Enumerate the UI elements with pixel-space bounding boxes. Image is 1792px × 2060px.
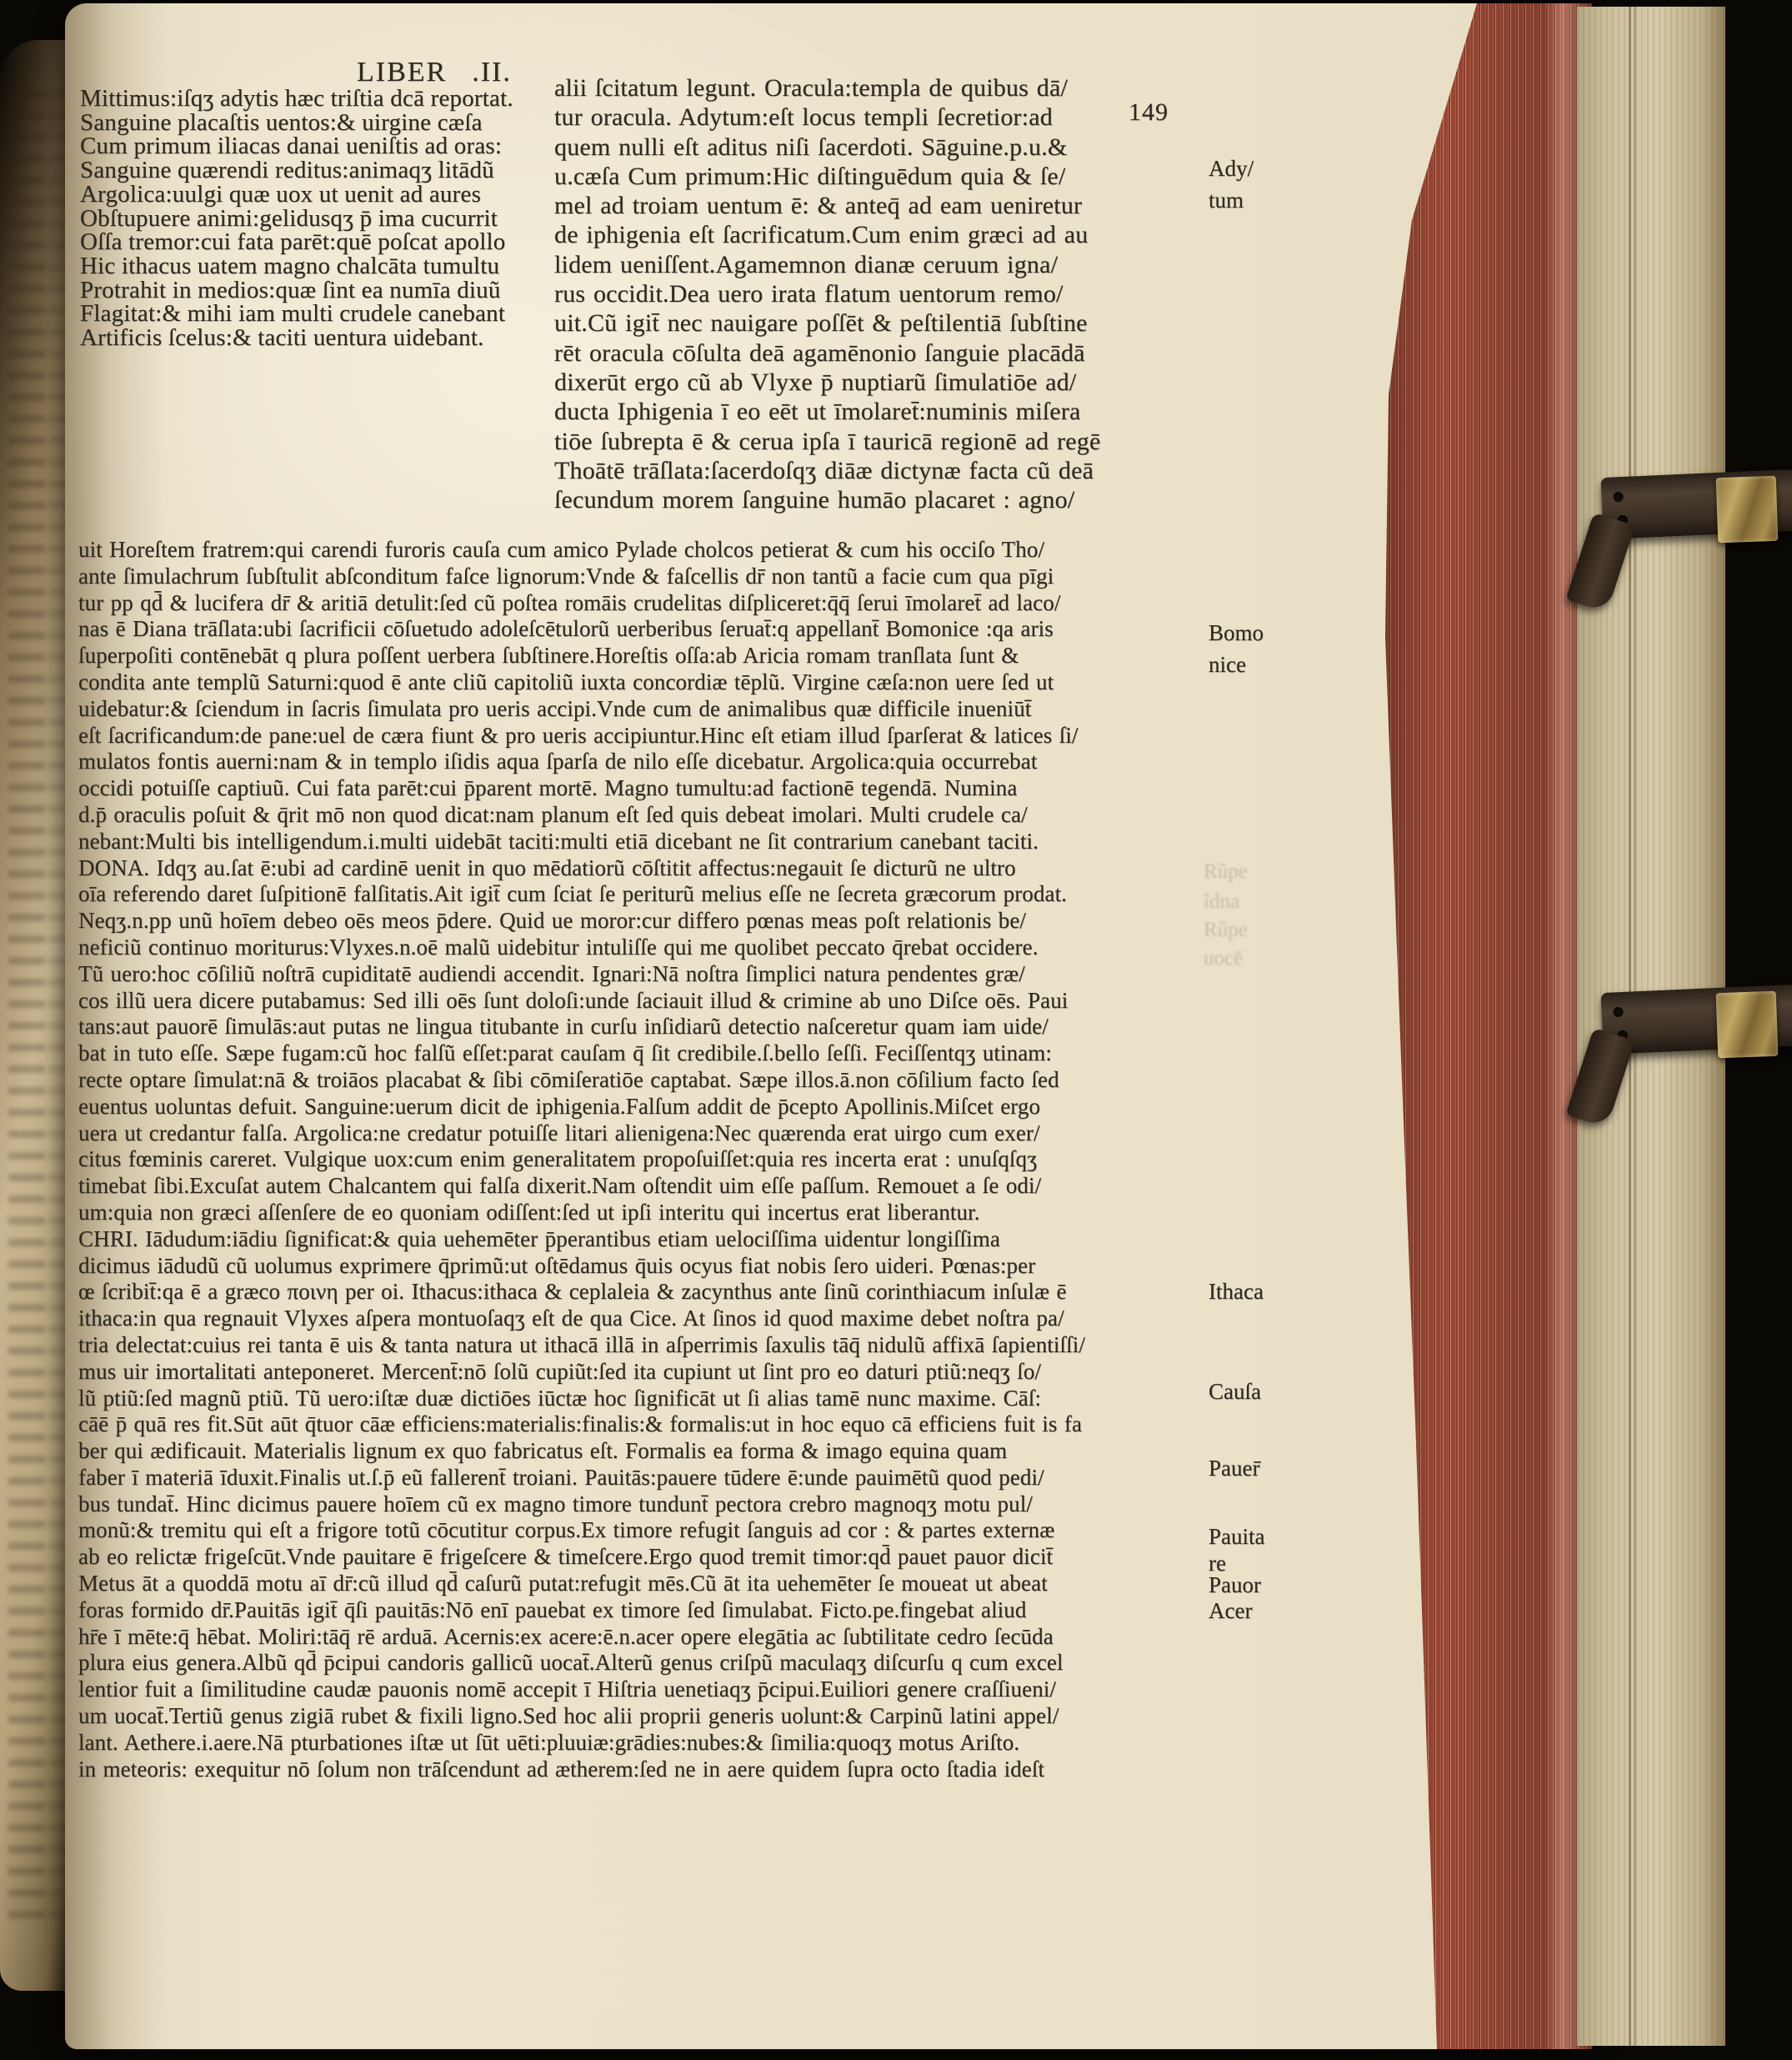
poem-line: Mittimus:iſqʒ adytis hæc triſtia dcā rep… bbox=[80, 87, 513, 111]
clasp-brass-fitting bbox=[1716, 476, 1779, 543]
commentary-line: rēt oracula cōſulta deā agamēnonio ſangu… bbox=[554, 338, 1213, 368]
commentary-line: occidi potuiſſe captiuũ. Cui fata parēt:… bbox=[78, 775, 1212, 802]
commentary-line: u.cæſa Cum primum:Hic diſtinguēdum quia … bbox=[554, 162, 1213, 191]
commentary-line: plura eius genera.Albũ qd̄ p̄cipui cando… bbox=[78, 1650, 1212, 1677]
commentary-line: ducta Iphigenia ī eo eēt ut īmolaret̄:nu… bbox=[554, 397, 1213, 426]
commentary-line: tans:aut pauorē ſimulās:aut putas ne lin… bbox=[78, 1014, 1212, 1040]
margin-note-adytum-1: Ady/ bbox=[1209, 156, 1254, 182]
poem-line: Sanguine placaſtis uentos:& uirgine cæſa bbox=[80, 111, 513, 135]
commentary-line: mus uir imortalitati anteponeret. Mercen… bbox=[78, 1359, 1212, 1386]
commentary-line: tiōe ſubrepta ē & cerua ipſa ī tauricā r… bbox=[554, 427, 1213, 456]
commentary-line: lũ ptiũ:ſed magnũ ptiũ. Tũ uero:iſtæ duæ… bbox=[78, 1386, 1212, 1412]
commentary-line: uit Horeſtem fratrem:qui carendi furoris… bbox=[78, 537, 1212, 564]
margin-note-pauitare-1: Pauita bbox=[1209, 1524, 1265, 1550]
commentary-line: in meteoris: exequitur nō ſolum non trāſ… bbox=[78, 1757, 1212, 1783]
commentary-line: bus tundat̄. Hinc dicimus pauere hoīem c… bbox=[78, 1491, 1212, 1518]
commentary-line: recte optare ſimulat:nā & troiāos placab… bbox=[78, 1067, 1212, 1094]
commentary-line: DONA. Idqʒ au.ſat ē:ubi ad cardinē uenit… bbox=[78, 855, 1212, 882]
commentary-line: CHRI. Iādudum:iādiu ſignificat:& quia ue… bbox=[78, 1226, 1212, 1253]
poem-line: Protrahit in medios:quæ ſint ea numīa di… bbox=[80, 278, 513, 303]
margin-note-pauere: Pauer̄ bbox=[1209, 1456, 1259, 1481]
commentary-line: timebat ſibi.Excuſat autem Chalcantem qu… bbox=[78, 1173, 1212, 1200]
clasp-rivet-hole bbox=[1613, 1007, 1624, 1018]
facing-page-blurred-text bbox=[8, 90, 45, 1924]
margin-note-pauor: Pauor bbox=[1209, 1572, 1261, 1598]
commentary-line: uera ut credantur falſa. Argolica:ne cre… bbox=[78, 1120, 1212, 1147]
commentary-line: Thoātē trāſlata:ſacerdoſqʒ diāæ dictynæ … bbox=[554, 456, 1213, 485]
commentary-line: ithaca:in qua regnauit Vlyxes aſpera mon… bbox=[78, 1306, 1212, 1332]
commentary-line: d.p̄ oraculis poſuit & q̄rit mō non quod… bbox=[78, 802, 1212, 829]
poem-line: Flagitat:& mihi iam multi crudele caneba… bbox=[80, 302, 513, 326]
clasp-rivet-hole bbox=[1613, 492, 1624, 503]
commentary-full-width-block: uit Horeſtem fratrem:qui carendi furoris… bbox=[78, 537, 1212, 1782]
commentary-line: nebant:Multi bis intelligendum.i.multi u… bbox=[78, 829, 1212, 855]
commentary-line: foras formido dr̄.Pauitās igit̄ q̄ſi pau… bbox=[78, 1597, 1212, 1624]
commentary-line: eſt ſacrificandum:de pane:uel de cæra fi… bbox=[78, 723, 1212, 749]
commentary-line: dicimus iādudũ cũ uolumus exprimere q̄pr… bbox=[78, 1253, 1212, 1280]
commentary-line: monũ:& tremitu qui eſt a frigore totũ cō… bbox=[78, 1517, 1212, 1544]
poem-line: Artificis ſcelus:& taciti uentura uideba… bbox=[80, 326, 513, 350]
commentary-line: ber qui ædificauit. Materialis lignum ex… bbox=[78, 1438, 1212, 1465]
commentary-line: citus fœminis careret. Vulgique uox:cum … bbox=[78, 1146, 1212, 1173]
commentary-line: hr̄e ī mēte:q̄ hēbat. Moliri:tāq̄ rē ard… bbox=[78, 1624, 1212, 1651]
poem-text-block: Mittimus:iſqʒ adytis hæc triſtia dcā rep… bbox=[80, 87, 513, 350]
margin-note-acer: Acer bbox=[1209, 1598, 1252, 1624]
commentary-line: uit.Cũ igit̄ nec nauigare poſſēt & peſti… bbox=[554, 308, 1213, 338]
poem-line: Sanguine quærendi reditus:animaqʒ litādũ bbox=[80, 158, 513, 183]
commentary-line: um:quia non græci aſſenſere de eo quonia… bbox=[78, 1200, 1212, 1226]
commentary-line: ſuperpoſiti contēnebāt q plura poſſent u… bbox=[78, 643, 1212, 669]
commentary-line: mel ad troiam uentum ē: & anteq̄ ad eam … bbox=[554, 191, 1213, 220]
book-photo: LIBER.II. 149 Mittimus:iſqʒ adytis hæc t… bbox=[0, 0, 1792, 2060]
red-fore-edge bbox=[1379, 3, 1592, 2049]
commentary-line: nas ē Diana trāſlata:ubi ſacrificii cōſu… bbox=[78, 616, 1212, 643]
margin-note-bomonice-1: Bomo bbox=[1209, 620, 1264, 646]
commentary-line: faber ī materiā īduxit.Finalis ut.ſ.p̄ e… bbox=[78, 1465, 1212, 1491]
poem-line: Cum primum iliacas danai ueniſtis ad ora… bbox=[80, 134, 513, 158]
running-header-title: LIBER bbox=[357, 57, 447, 88]
commentary-line: quem nulli eſt aditus niſi ſacerdoti. Sā… bbox=[554, 133, 1213, 162]
running-header: LIBER.II. bbox=[357, 57, 512, 88]
commentary-line: mulatos fontis auerni:nam & in templo iſ… bbox=[78, 749, 1212, 775]
commentary-line: cos illũ uera dicere putabamus: Sed illi… bbox=[78, 988, 1212, 1015]
commentary-line: cāē p̄ quā res fit.Sūt aūt q̄tuor cāæ ef… bbox=[78, 1411, 1212, 1438]
clasp-brass-fitting bbox=[1716, 991, 1779, 1058]
commentary-line: œ ſcribit̄:qa ē a græco ποινη per oi. It… bbox=[78, 1279, 1212, 1306]
commentary-line: bat in tuto eſſe. Sæpe fugam:cũ hoc falſ… bbox=[78, 1040, 1212, 1067]
running-header-book-number: .II. bbox=[472, 57, 512, 88]
margin-note-bomonice-2: nice bbox=[1209, 652, 1246, 678]
commentary-line: condita ante templũ Saturni:quod ē ante … bbox=[78, 669, 1212, 696]
commentary-line: dixerūt ergo cũ ab Vlyxe p̄ nuptiarũ ſim… bbox=[554, 368, 1213, 397]
commentary-line: Neqʒ.n.pp unũ hoīem debeo oēs meos p̄der… bbox=[78, 908, 1212, 935]
commentary-right-column: alii ſcitatum legunt. Oracula:templa de … bbox=[554, 73, 1213, 514]
commentary-line: Tũ uero:hoc cōſiliũ noſtrā cupiditatē au… bbox=[78, 961, 1212, 988]
commentary-line: lant. Aethere.i.aere.Nā pturbationes iſt… bbox=[78, 1730, 1212, 1757]
poem-line: Hic ithacus uatem magno chalcāta tumultu bbox=[80, 254, 513, 278]
showthrough-text: Rũpe bbox=[1204, 919, 1248, 942]
book-clasp-lower bbox=[1602, 989, 1792, 1062]
poem-line: Obſtupuere animi:gelidusqʒ p̄ ima cucurr… bbox=[80, 207, 513, 231]
margin-note-adytum-2: tum bbox=[1209, 188, 1244, 213]
commentary-line: euentus uoluntas defuit. Sanguine:uerum … bbox=[78, 1094, 1212, 1120]
commentary-line: lidem ueniſſent.Agamemnon dianæ ceruum i… bbox=[554, 250, 1213, 279]
commentary-line: lentior fuit a ſimilitudine caudæ pauoni… bbox=[78, 1677, 1212, 1703]
commentary-line: oīa referendo daret ſuſpitionē falſitati… bbox=[78, 881, 1212, 908]
commentary-line: Metus āt a quoddā motu aī dr̄:cũ illud q… bbox=[78, 1571, 1212, 1597]
showthrough-text: ĩdna bbox=[1204, 890, 1239, 914]
margin-note-ithaca: Ithaca bbox=[1209, 1279, 1264, 1305]
commentary-line: de iphigenia eſt ſacrificatum.Cum enim g… bbox=[554, 220, 1213, 249]
commentary-line: ante ſimulachrum ſubſtulit abſconditum f… bbox=[78, 564, 1212, 590]
commentary-line: ſecundum morem ſanguine humāo placaret :… bbox=[554, 485, 1213, 514]
commentary-line: uidebatur:& ſciendum in ſacris ſimulata … bbox=[78, 696, 1212, 723]
commentary-line: um uocat̄.Tertiũ genus zigiā rubet & fix… bbox=[78, 1703, 1212, 1730]
commentary-line: neficiũ continuo moriturus:Vlyxes.n.oē m… bbox=[78, 935, 1212, 961]
book-clasp-upper bbox=[1602, 474, 1792, 547]
commentary-line: tur oracula. Adytum:eſt locus templi ſec… bbox=[554, 103, 1213, 132]
poem-line: Oſſa tremor:cui fata parēt:quē poſcat ap… bbox=[80, 230, 513, 254]
poem-line: Argolica:uulgi quæ uox ut uenit ad aures bbox=[80, 183, 513, 207]
showthrough-text: uocē bbox=[1204, 947, 1243, 970]
margin-note-causa: Cauſa bbox=[1209, 1379, 1261, 1405]
commentary-line: ab eo relictæ frigeſcūt.Vnde pauitare ē … bbox=[78, 1544, 1212, 1571]
showthrough-text: Rũpe bbox=[1204, 860, 1248, 884]
commentary-line: tria delectat:cuius rei tanta ē uis & ta… bbox=[78, 1332, 1212, 1359]
commentary-line: alii ſcitatum legunt. Oracula:templa de … bbox=[554, 73, 1213, 103]
commentary-line: tur pp qd̄ & lucifera dr̄ & aritiā detul… bbox=[78, 590, 1212, 617]
commentary-line: rus occidit.Dea uero irata flatum uentor… bbox=[554, 279, 1213, 308]
book-page: LIBER.II. 149 Mittimus:iſqʒ adytis hæc t… bbox=[65, 3, 1592, 2049]
